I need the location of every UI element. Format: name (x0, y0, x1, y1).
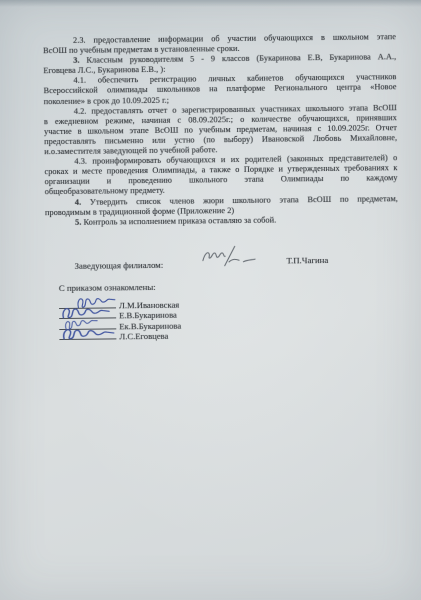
order-body-text: 2.3. предоставление информации об участи… (43, 32, 398, 228)
head-signatory-role: Заведующая филиалом: (75, 260, 164, 271)
scanned-document-page: 2.3. предоставление информации об участи… (0, 0, 421, 600)
acknowledger-name: Л.С.Еговцева (119, 331, 168, 342)
acknowledgement-list: Л.М.Ивановская Е.В.Букаринова Ек.В.Букар… (59, 295, 181, 338)
signature-line (59, 331, 116, 341)
head-signatory-name: Т.П.Чагина (286, 255, 328, 265)
acknowledgement-row: Л.С.Еговцева (59, 326, 181, 338)
blue-handwritten-signature-icon (59, 323, 119, 343)
head-handwritten-signature-icon (196, 243, 262, 272)
document-content: 2.3. предоставление информации об участи… (0, 0, 421, 600)
